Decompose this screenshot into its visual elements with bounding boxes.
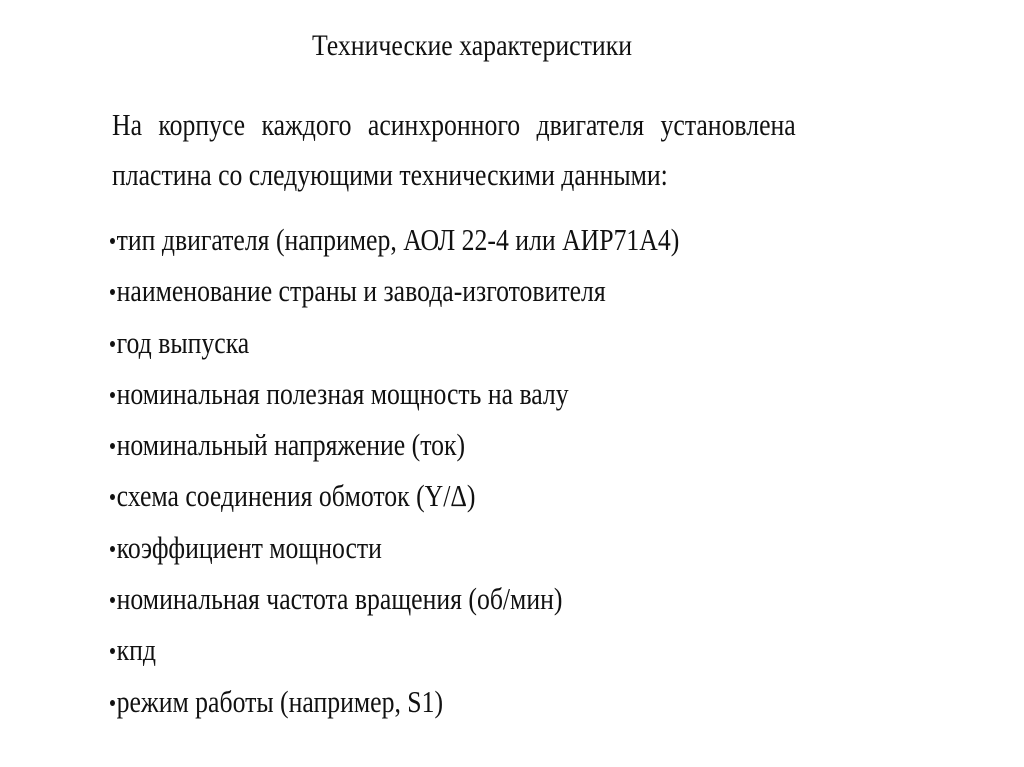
bullet-icon [110, 341, 115, 347]
list-item: кпд [110, 628, 679, 679]
list-item-text: режим работы (например, S1) [117, 684, 443, 719]
bullet-icon [110, 494, 115, 500]
list-item: тип двигателя (например, АОЛ 22-4 или АИ… [110, 218, 679, 269]
list-item-text: тип двигателя (например, АОЛ 22-4 или АИ… [117, 222, 680, 257]
intro-line-1: На корпусе каждого асинхронного двигател… [112, 100, 842, 150]
list-item-text: схема соединения обмоток (Y/Δ) [117, 478, 476, 513]
intro-line-2: пластина со следующими техническими данн… [112, 150, 842, 200]
bullet-icon [110, 392, 115, 398]
list-item: номинальный напряжение (ток) [110, 423, 679, 474]
spec-list: тип двигателя (например, АОЛ 22-4 или АИ… [110, 218, 796, 731]
list-item: наименование страны и завода-изготовител… [110, 269, 679, 320]
list-item-text: номинальная частота вращения (об/мин) [117, 581, 563, 616]
list-item: год выпуска [110, 321, 679, 372]
slide: Технические характеристики На корпусе ка… [0, 0, 1024, 767]
bullet-icon [110, 238, 115, 244]
list-item: номинальная частота вращения (об/мин) [110, 577, 679, 628]
slide-title: Технические характеристики [312, 26, 632, 66]
intro-paragraph: На корпусе каждого асинхронного двигател… [112, 100, 842, 200]
list-item-text: номинальный напряжение (ток) [117, 427, 465, 462]
list-item: режим работы (например, S1) [110, 680, 679, 731]
bullet-icon [110, 289, 115, 295]
bullet-icon [110, 443, 115, 449]
bullet-icon [110, 546, 115, 552]
list-item: номинальная полезная мощность на валу [110, 372, 679, 423]
list-item-text: кпд [117, 632, 156, 667]
list-item: коэффициент мощности [110, 526, 679, 577]
list-item-text: номинальная полезная мощность на валу [117, 376, 569, 411]
list-item-text: наименование страны и завода-изготовител… [117, 273, 606, 308]
list-item-text: год выпуска [117, 325, 250, 360]
bullet-icon [110, 597, 115, 603]
bullet-icon [110, 700, 115, 706]
list-item: схема соединения обмоток (Y/Δ) [110, 474, 679, 525]
bullet-icon [110, 648, 115, 654]
list-item-text: коэффициент мощности [117, 530, 382, 565]
